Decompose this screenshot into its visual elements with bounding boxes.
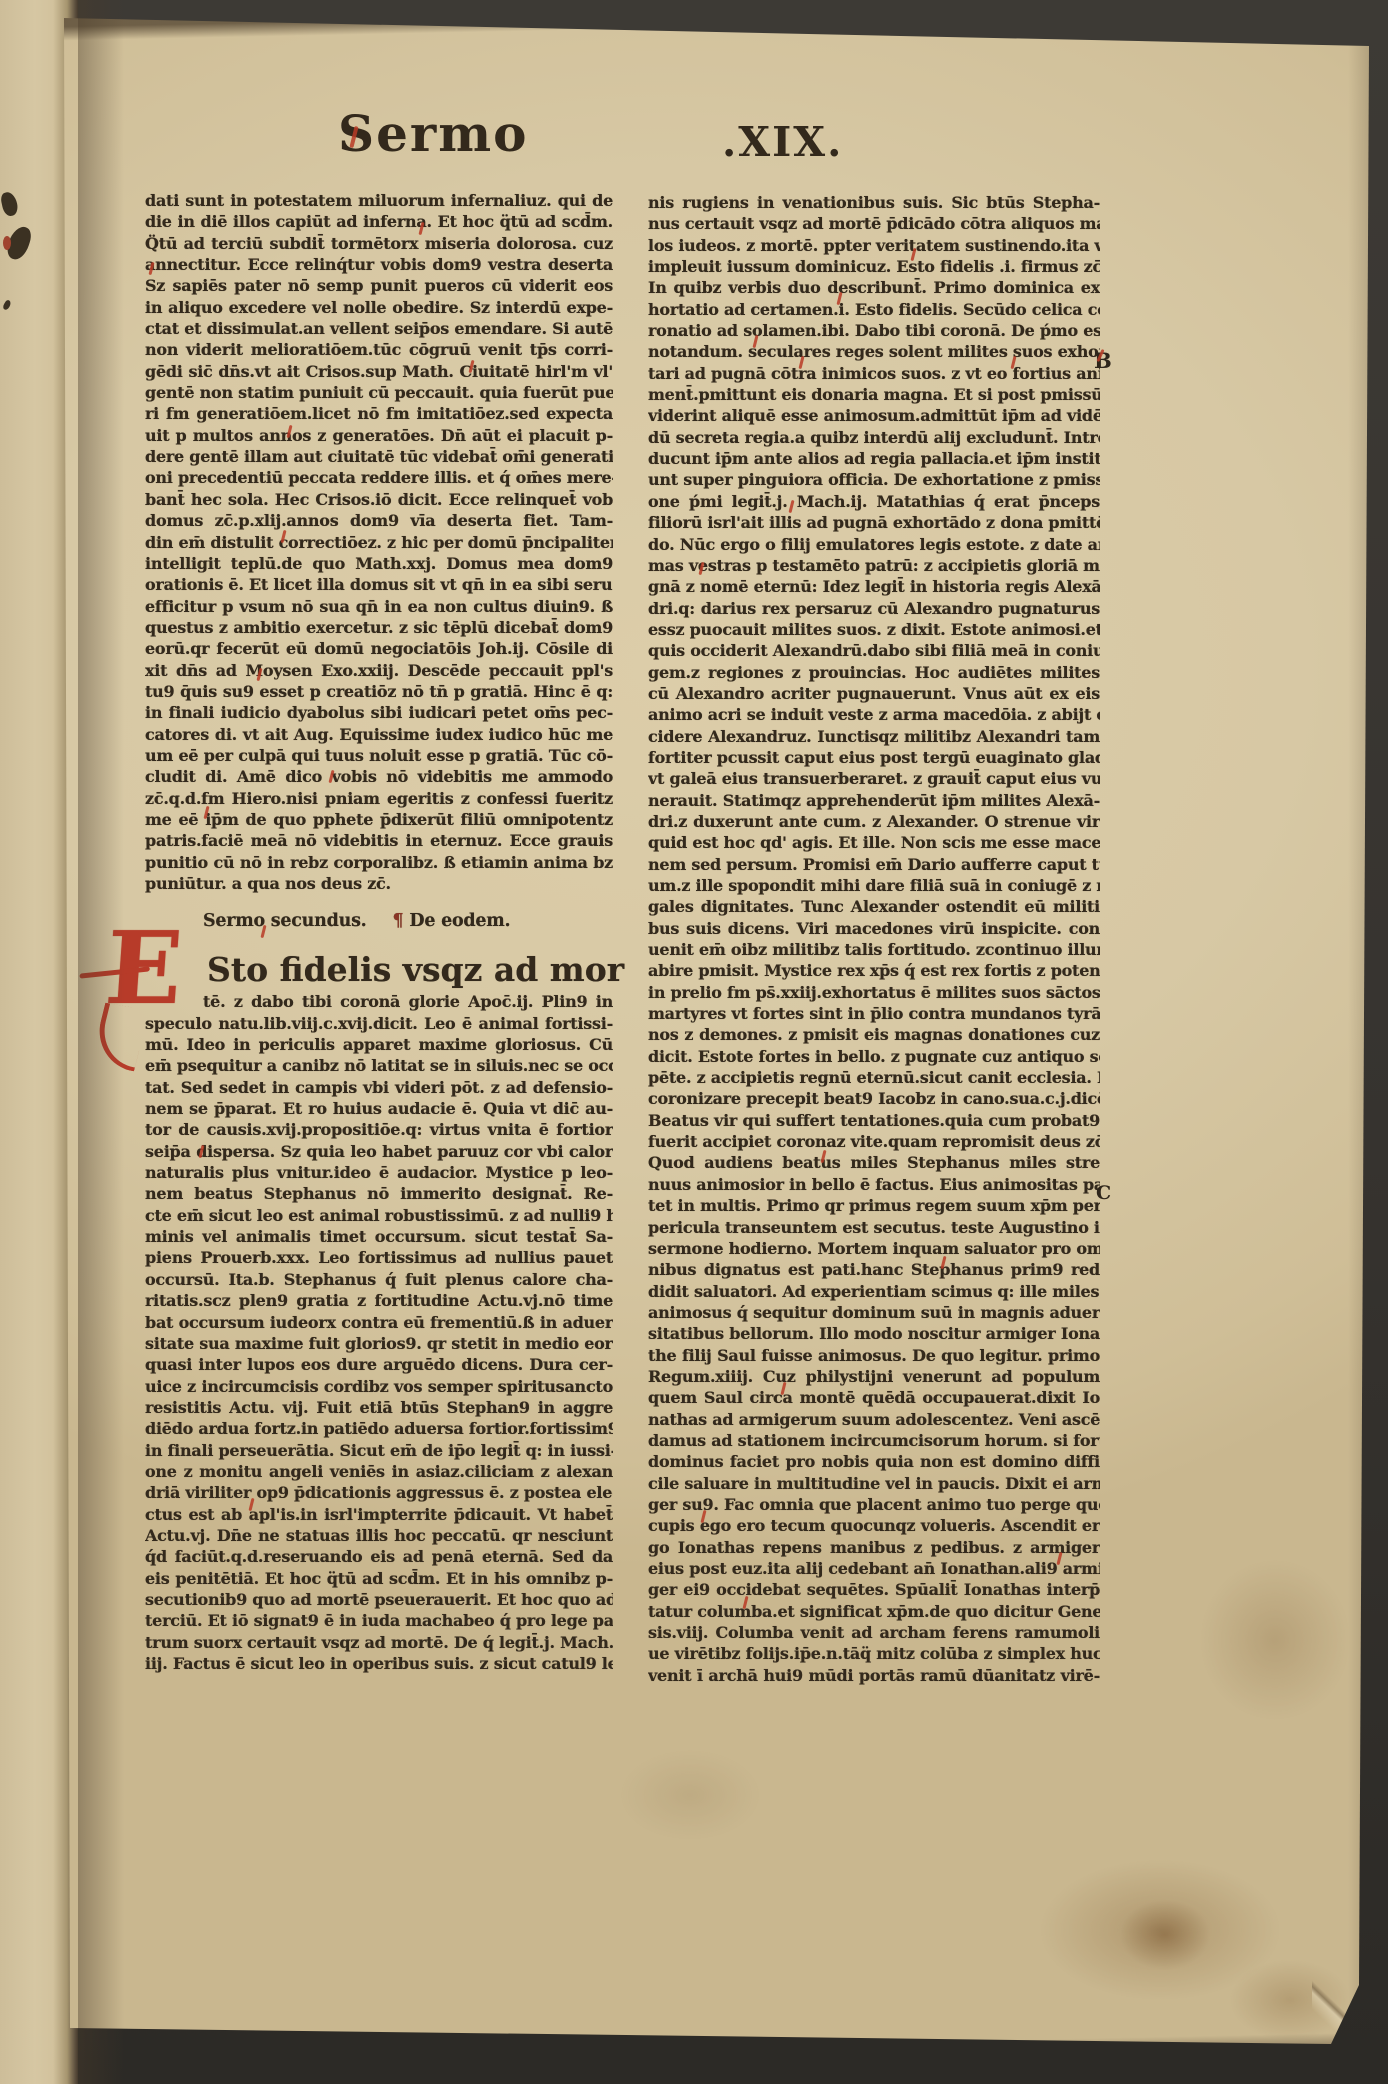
- left-paragraph-1: dati sunt in potestatem miluorum inferna…: [145, 190, 613, 894]
- left-column: dati sunt in potestatem miluorum inferna…: [145, 190, 613, 1674]
- running-title: Sermo: [338, 104, 529, 163]
- initial-flourish-tail: [90, 1003, 149, 1072]
- quire-signature-B: B: [1094, 348, 1112, 373]
- left-paragraph-2: speculo natu.lib.viij.c.xvij.dicit. Leo …: [145, 1013, 613, 1675]
- section-heading: Sermo secundus.¶De eodem.: [145, 909, 613, 933]
- pilcrow-icon: ¶: [367, 911, 410, 931]
- right-column: nis rugiens in venationibus suis. Sic bt…: [648, 192, 1100, 1686]
- scanned-book-photo: Sermo .XIX. dati sunt in potestatem milu…: [0, 0, 1388, 2084]
- section-heading-text2: De eodem.: [409, 911, 510, 931]
- folio-number: .XIX.: [722, 118, 843, 166]
- section-heading-text: Sermo secundus.: [203, 911, 367, 931]
- right-paragraph: nis rugiens in venationibus suis. Sic bt…: [648, 192, 1100, 1686]
- rubricated-initial-E: E: [103, 918, 186, 1018]
- incipit-large-line: Sto fidelis vsqz ad mor: [145, 949, 613, 991]
- incipit-line-2: tē. z dabo tibi coronā glorie Apoc̄.ij. …: [145, 991, 613, 1012]
- quire-signature-C: C: [1096, 1182, 1111, 1204]
- printed-text-layer: Sermo .XIX. dati sunt in potestatem milu…: [0, 0, 1388, 2084]
